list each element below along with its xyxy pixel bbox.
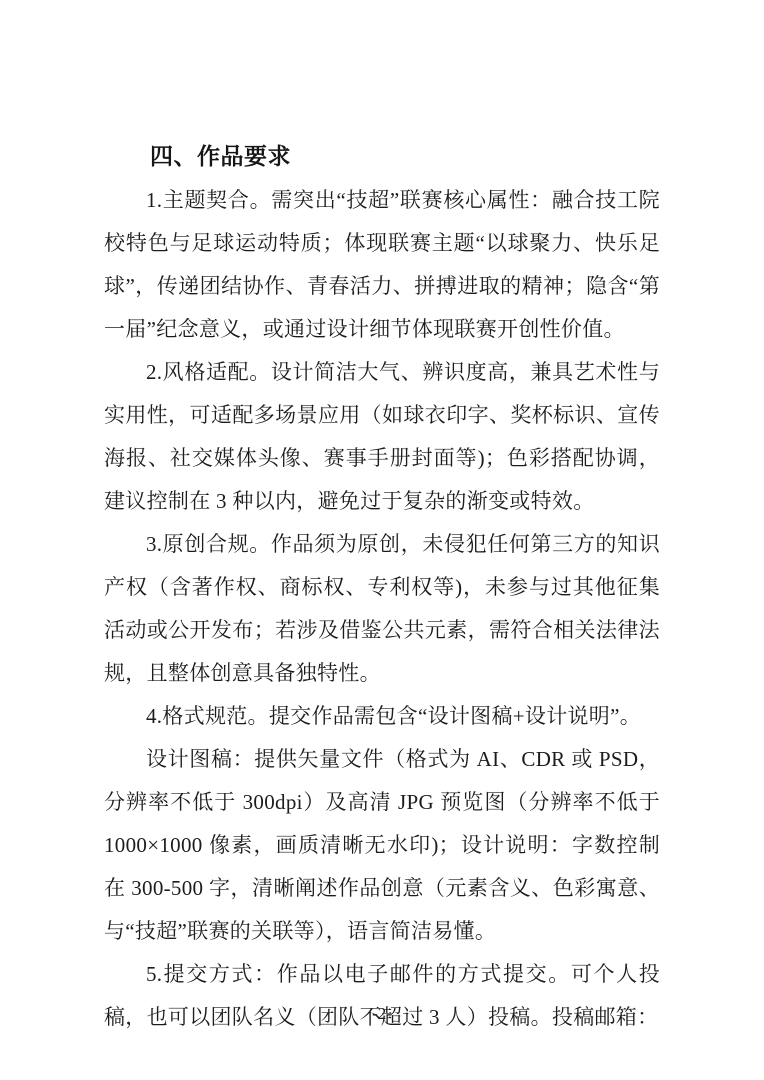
page-number: -2- [0, 1005, 764, 1022]
paragraph-design-draft-details: 设计图稿：提供矢量文件（格式为 AI、CDR 或 PSD，分辨率不低于 300d… [104, 738, 660, 953]
document-body: 四、作品要求 1.主题契合。需突出“技超”联赛核心属性：融合技工院校特色与足球运… [0, 0, 764, 1039]
paragraph-submission-method: 5.提交方式：作品以电子邮件的方式提交。可个人投稿，也可以团队名义（团队不超过 … [104, 953, 660, 1039]
section-heading: 四、作品要求 [104, 136, 660, 179]
paragraph-theme-fit: 1.主题契合。需突出“技超”联赛核心属性：融合技工院校特色与足球运动特质；体现联… [104, 179, 660, 351]
document-page: 四、作品要求 1.主题契合。需突出“技超”联赛核心属性：融合技工院校特色与足球运… [0, 0, 764, 1080]
paragraph-originality-compliance: 3.原创合规。作品须为原创，未侵犯任何第三方的知识产权（含著作权、商标权、专利权… [104, 523, 660, 695]
paragraph-format-specification: 4.格式规范。提交作品需包含“设计图稿+设计说明”。 [104, 695, 660, 738]
paragraph-style-adaptation: 2.风格适配。设计简洁大气、辨识度高，兼具艺术性与实用性，可适配多场景应用（如球… [104, 351, 660, 523]
